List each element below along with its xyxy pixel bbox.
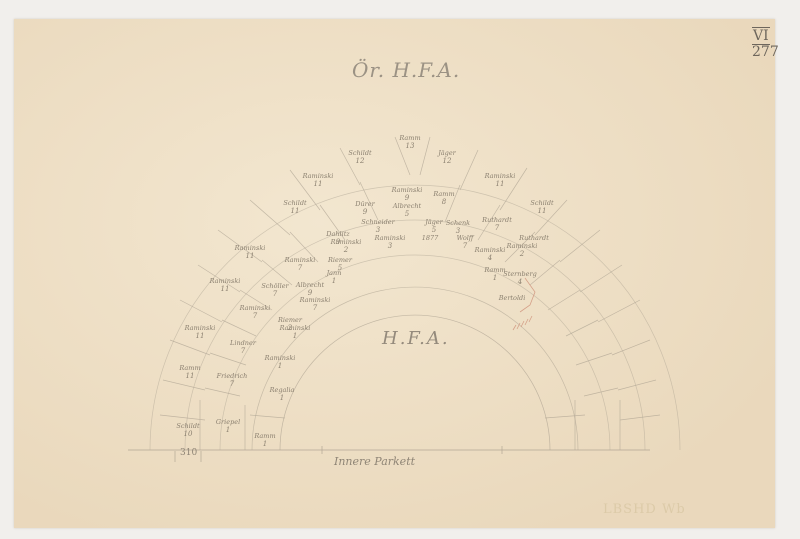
seat-cell: Friedrich7 (216, 372, 248, 388)
seat-name: Schildt (530, 199, 554, 207)
seat-cell: Raminski2 (506, 242, 538, 258)
seat-cell: Schildt11 (283, 199, 307, 215)
seat-name: Dahlitz (325, 230, 350, 238)
seat-number: 1 (293, 332, 297, 340)
seat-cell: Raminski9 (391, 186, 423, 202)
seat-cell: Raminski4 (474, 246, 506, 262)
seat-name: Riemer (277, 316, 303, 324)
seat-name: Schildt (348, 149, 372, 157)
seat-number: 11 (196, 332, 205, 340)
seat-name: Raminski (474, 246, 506, 254)
seat-number: 11 (186, 372, 195, 380)
seat-name: Ruthardt (518, 234, 549, 242)
seat-number: 4 (487, 254, 492, 262)
seat-name: Ramm (178, 364, 200, 372)
seat-name: Ramm (398, 134, 420, 142)
seat-cell: Raminski7 (239, 304, 271, 320)
seat-name: Sternberg (503, 270, 536, 278)
seat-number: 10 (184, 430, 193, 438)
seat-name: Ramm (432, 190, 454, 198)
seat-name: Ramm (253, 432, 275, 440)
seat-number: 11 (496, 180, 505, 188)
seat-cell: Schildt12 (348, 149, 372, 165)
seat-cell: Wolff7 (457, 234, 475, 250)
inventory-number-value: 277 (752, 44, 779, 60)
seat-cell: Raminski1 (264, 354, 296, 370)
seat-cell: Jann1 (325, 269, 342, 285)
seat-number: 1 (263, 440, 267, 448)
seat-name: Jäger (436, 149, 456, 157)
seat-cell: Schenk3 (446, 219, 470, 235)
seat-number: 1 (226, 426, 230, 434)
center-stage-label: H.F.A. (382, 328, 450, 349)
seat-number: 7 (463, 242, 468, 250)
seat-cell: Raminski3 (374, 234, 406, 250)
seat-cell: Schildt10 (176, 422, 200, 438)
inventory-number: VI 277 (752, 28, 800, 60)
seat-cell: Jäger12 (436, 149, 456, 165)
seat-number: 13 (406, 142, 415, 150)
seat-name: Raminski (391, 186, 423, 194)
baseline-label: Innere Parkett (334, 455, 415, 468)
seat-cell: Albrecht5 (392, 202, 422, 218)
seat-name: Raminski (506, 242, 538, 250)
seat-number: 5 (432, 226, 437, 234)
seat-number: 5 (405, 210, 410, 218)
seat-name: Raminski (330, 238, 362, 246)
seat-number: 1 (493, 274, 497, 282)
seat-name: Jann (325, 269, 342, 277)
seat-name: Raminski (184, 324, 216, 332)
seat-cell: Raminski11 (484, 172, 516, 188)
seat-number: 12 (443, 157, 452, 165)
seat-cell: Raminski11 (302, 172, 334, 188)
seat-cell: Raminski1 (279, 324, 311, 340)
seat-number: 3 (376, 226, 381, 234)
seat-name: Raminski (302, 172, 334, 180)
seat-name: Friedrich (216, 372, 248, 380)
seat-number: 3 (388, 242, 393, 250)
seat-name: Raminski (264, 354, 296, 362)
seat-number: 9 (363, 208, 368, 216)
seat-cell: 1877 (422, 234, 439, 242)
seat-cell: Ruthardt7 (481, 216, 512, 232)
seat-cell: Lindner7 (229, 339, 257, 355)
seat-cell: Raminski2 (330, 238, 362, 254)
seat-name: Schildt (176, 422, 200, 430)
seat-name: Albrecht (295, 281, 325, 289)
seat-name: 1877 (422, 234, 439, 242)
seat-number: 7 (495, 224, 500, 232)
seat-labels: Ramm13Schildt12Jäger12Raminski11Raminski… (176, 134, 554, 448)
seat-cell: Schöller7 (261, 282, 289, 298)
seat-name: Regalia (269, 386, 295, 394)
seat-cell: Ramm1 (253, 432, 275, 448)
seat-number: 2 (519, 250, 525, 258)
seat-number: 7 (273, 290, 278, 298)
seat-name: Lindner (229, 339, 257, 347)
seat-cell: Raminski7 (299, 296, 331, 312)
faded-stamp: LBSHD Wb (603, 502, 686, 517)
seat-number: 7 (241, 347, 246, 355)
seat-name: Schneider (361, 218, 395, 226)
inventory-roman: VI (752, 27, 770, 45)
seat-name: Raminski (234, 244, 266, 252)
seat-cell: Ramm13 (398, 134, 420, 150)
seat-number: 2 (343, 246, 349, 254)
sheet-title: Ör. H.F.A. (352, 58, 460, 82)
seat-name: Albrecht (392, 202, 422, 210)
seat-name: Ruthardt (481, 216, 512, 224)
seat-number: 12 (356, 157, 365, 165)
seat-cell: Ramm8 (432, 190, 454, 206)
seat-name: Riemer (327, 256, 353, 264)
seat-name: Raminski (299, 296, 331, 304)
seat-number: 7 (230, 380, 235, 388)
seat-name: Schildt (283, 199, 307, 207)
seat-number: 1 (278, 362, 282, 370)
seat-number: 1 (280, 394, 284, 402)
seat-cell: Raminski11 (184, 324, 216, 340)
seat-name: Raminski (239, 304, 271, 312)
seat-name: Jäger (423, 218, 443, 226)
seat-number: 11 (221, 285, 230, 293)
seat-number: 4 (517, 278, 522, 286)
seat-name: Raminski (374, 234, 406, 242)
seat-cell: Raminski11 (234, 244, 266, 260)
seat-cell: Ramm11 (178, 364, 200, 380)
seat-cell: Raminski11 (209, 277, 241, 293)
seat-number: 7 (253, 312, 258, 320)
seat-name: Wolff (457, 234, 475, 242)
seat-name: Raminski (209, 277, 241, 285)
seat-name: Dürer (354, 200, 375, 208)
seat-number: 7 (313, 304, 318, 312)
scale-label: 310 (180, 448, 197, 458)
seat-cell: Jäger5 (423, 218, 443, 234)
seat-name: Raminski (279, 324, 311, 332)
seat-number: 11 (246, 252, 255, 260)
seat-name: Griepel (216, 418, 240, 426)
seat-name: Schenk (446, 219, 470, 227)
seat-name: Bertoldi (498, 294, 526, 302)
seat-number: 11 (538, 207, 547, 215)
seat-number: 8 (442, 198, 447, 206)
seat-name: Raminski (284, 256, 316, 264)
seat-name: Schöller (261, 282, 289, 290)
seat-cell: Bertoldi (498, 294, 526, 302)
seat-cell: Griepel1 (216, 418, 240, 434)
seat-number: 1 (332, 277, 336, 285)
seat-cell: Albrecht9 (295, 281, 325, 297)
seat-cell: Schildt11 (530, 199, 554, 215)
seat-cell: Regalia1 (269, 386, 295, 402)
seat-cell: Raminski7 (284, 256, 316, 272)
seat-name: Raminski (484, 172, 516, 180)
seat-cell: Schneider3 (361, 218, 395, 234)
seat-number: 11 (291, 207, 300, 215)
seat-cell: Ruthardt (518, 234, 549, 242)
seat-number: 7 (298, 264, 303, 272)
seat-number: 11 (314, 180, 323, 188)
seat-number: 9 (405, 194, 410, 202)
